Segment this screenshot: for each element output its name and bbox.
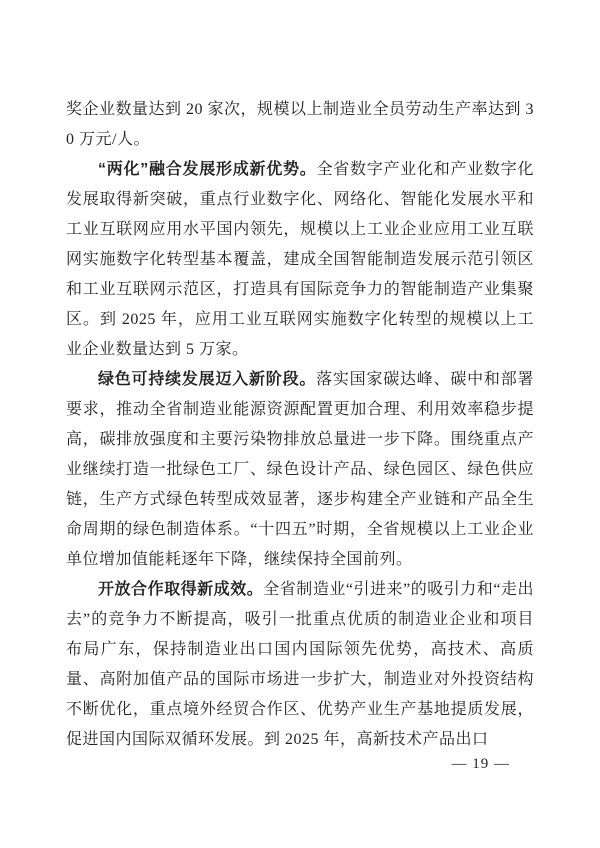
paragraph-body-text: 全省制造业“引进来”的吸引力和“走出去”的竞争力不断提高，吸引一批重点优质的制造… xyxy=(66,581,534,748)
paragraph-open-cooperation: 开放合作取得新成效。全省制造业“引进来”的吸引力和“走出去”的竞争力不断提高，吸… xyxy=(66,575,534,755)
paragraph-body-text: 全省数字产业化和产业数字化发展取得新突破，重点行业数字化、网络化、智能化发展水平… xyxy=(66,161,534,358)
paragraph-green-development: 绿色可持续发展迈入新阶段。落实国家碳达峰、碳中和部署要求，推动全省制造业能源资源… xyxy=(66,365,534,575)
paragraph-continuation: 奖企业数量达到 20 家次，规模以上制造业全员劳动生产率达到 30 万元/人。 xyxy=(66,95,534,155)
page-number: — 19 — xyxy=(452,750,511,778)
page-body-text: 奖企业数量达到 20 家次，规模以上制造业全员劳动生产率达到 30 万元/人。“… xyxy=(66,95,534,755)
paragraph-body-text: 落实国家碳达峰、碳中和部署要求，推动全省制造业能源资源配置更加合理、利用效率稳步… xyxy=(66,371,534,568)
paragraph-lead-heading: “两化”融合发展形成新优势。 xyxy=(98,161,316,178)
paragraph-body-text: 奖企业数量达到 20 家次，规模以上制造业全员劳动生产率达到 30 万元/人。 xyxy=(66,101,534,148)
document-page: 奖企业数量达到 20 家次，规模以上制造业全员劳动生产率达到 30 万元/人。“… xyxy=(0,0,600,848)
paragraph-lianghua-integration: “两化”融合发展形成新优势。全省数字产业化和产业数字化发展取得新突破，重点行业数… xyxy=(66,155,534,365)
paragraph-lead-heading: 开放合作取得新成效。 xyxy=(98,581,263,598)
paragraph-lead-heading: 绿色可持续发展迈入新阶段。 xyxy=(98,371,316,388)
